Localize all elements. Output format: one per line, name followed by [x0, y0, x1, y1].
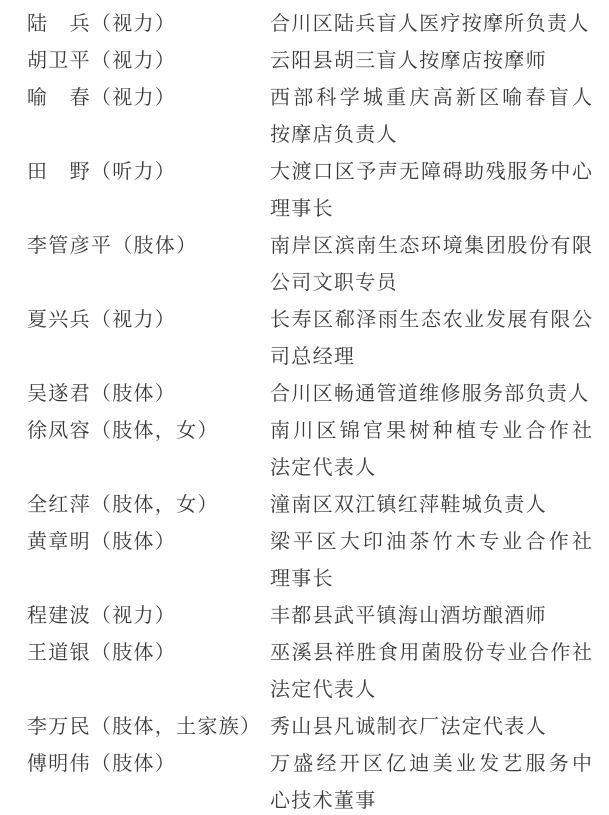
person-description: 万盛经开区亿迪美业发艺服务中心技术董事: [270, 746, 592, 815]
roster-entry: 陆 兵（视力） 合川区陆兵盲人医疗按摩所负责人: [27, 6, 609, 43]
description-line: 心技术董事: [270, 783, 592, 815]
description-line: 南岸区滨南生态环境集团股份有限: [270, 228, 592, 265]
roster-entry: 徐凤容（肢体，女） 南川区锦官果树种植专业合作社法定代表人: [27, 413, 609, 487]
description-line: 潼南区双江镇红萍鞋城负责人: [270, 487, 592, 524]
description-line: 云阳县胡三盲人按摩店按摩师: [270, 43, 592, 80]
person-description: 巫溪县祥胜食用菌股份专业合作社法定代表人: [270, 635, 592, 709]
person-description: 长寿区郗泽雨生态农业发展有限公司总经理: [270, 302, 592, 376]
person-description: 南川区锦官果树种植专业合作社法定代表人: [270, 413, 592, 487]
person-description: 梁平区大印油茶竹木专业合作社理事长: [270, 524, 592, 598]
roster-entry: 傅明伟（肢体） 万盛经开区亿迪美业发艺服务中心技术董事: [27, 746, 609, 815]
description-line: 巫溪县祥胜食用菌股份专业合作社: [270, 635, 592, 672]
person-name: 全红萍（肢体，女）: [27, 487, 270, 524]
person-name: 吴遂君（肢体）: [27, 376, 270, 413]
person-name: 喻 春（视力）: [27, 80, 270, 117]
person-description: 秀山县凡诚制衣厂法定代表人: [270, 709, 592, 746]
roster-entry: 夏兴兵（视力） 长寿区郗泽雨生态农业发展有限公司总经理: [27, 302, 609, 376]
person-description: 潼南区双江镇红萍鞋城负责人: [270, 487, 592, 524]
description-line: 合川区畅通管道维修服务部负责人: [270, 376, 592, 413]
description-line: 公司文职专员: [270, 265, 592, 302]
person-name: 程建波（视力）: [27, 598, 270, 635]
roster-entry: 李管彦平（肢体） 南岸区滨南生态环境集团股份有限公司文职专员: [27, 228, 609, 302]
person-name: 李管彦平（肢体）: [27, 228, 270, 265]
description-line: 万盛经开区亿迪美业发艺服务中: [270, 746, 592, 783]
person-name: 夏兴兵（视力）: [27, 302, 270, 339]
description-line: 丰都县武平镇海山酒坊酿酒师: [270, 598, 592, 635]
description-line: 梁平区大印油茶竹木专业合作社: [270, 524, 592, 561]
person-description: 合川区畅通管道维修服务部负责人: [270, 376, 592, 413]
description-line: 按摩店负责人: [270, 117, 592, 154]
person-description: 西部科学城重庆高新区喻春盲人按摩店负责人: [270, 80, 592, 154]
person-description: 合川区陆兵盲人医疗按摩所负责人: [270, 6, 592, 43]
description-line: 秀山县凡诚制衣厂法定代表人: [270, 709, 592, 746]
person-description: 大渡口区予声无障碍助残服务中心理事长: [270, 154, 592, 228]
roster-entry: 李万民（肢体，土家族） 秀山县凡诚制衣厂法定代表人: [27, 709, 609, 746]
description-line: 大渡口区予声无障碍助残服务中心: [270, 154, 592, 191]
person-description: 南岸区滨南生态环境集团股份有限公司文职专员: [270, 228, 592, 302]
description-line: 南川区锦官果树种植专业合作社: [270, 413, 592, 450]
roster-list: 陆 兵（视力） 合川区陆兵盲人医疗按摩所负责人 胡卫平（视力） 云阳县胡三盲人按…: [0, 0, 609, 815]
person-name: 田 野（听力）: [27, 154, 270, 191]
person-name: 李万民（肢体，土家族）: [27, 709, 270, 746]
roster-page: 陆 兵（视力） 合川区陆兵盲人医疗按摩所负责人 胡卫平（视力） 云阳县胡三盲人按…: [0, 0, 609, 815]
description-line: 司总经理: [270, 339, 592, 376]
person-name: 胡卫平（视力）: [27, 43, 270, 80]
roster-entry: 喻 春（视力） 西部科学城重庆高新区喻春盲人按摩店负责人: [27, 80, 609, 154]
roster-entry: 田 野（听力） 大渡口区予声无障碍助残服务中心理事长: [27, 154, 609, 228]
person-name: 王道银（肢体）: [27, 635, 270, 672]
description-line: 法定代表人: [270, 450, 592, 487]
roster-entry: 全红萍（肢体，女） 潼南区双江镇红萍鞋城负责人: [27, 487, 609, 524]
description-line: 法定代表人: [270, 672, 592, 709]
person-name: 黄章明（肢体）: [27, 524, 270, 561]
roster-entry: 程建波（视力） 丰都县武平镇海山酒坊酿酒师: [27, 598, 609, 635]
description-line: 理事长: [270, 191, 592, 228]
description-line: 西部科学城重庆高新区喻春盲人: [270, 80, 592, 117]
roster-entry: 王道银（肢体） 巫溪县祥胜食用菌股份专业合作社法定代表人: [27, 635, 609, 709]
person-name: 徐凤容（肢体，女）: [27, 413, 270, 450]
person-description: 云阳县胡三盲人按摩店按摩师: [270, 43, 592, 80]
description-line: 合川区陆兵盲人医疗按摩所负责人: [270, 6, 592, 43]
person-name: 陆 兵（视力）: [27, 6, 270, 43]
roster-entry: 吴遂君（肢体） 合川区畅通管道维修服务部负责人: [27, 376, 609, 413]
roster-entry: 胡卫平（视力） 云阳县胡三盲人按摩店按摩师: [27, 43, 609, 80]
person-description: 丰都县武平镇海山酒坊酿酒师: [270, 598, 592, 635]
person-name: 傅明伟（肢体）: [27, 746, 270, 783]
description-line: 理事长: [270, 561, 592, 598]
roster-entry: 黄章明（肢体） 梁平区大印油茶竹木专业合作社理事长: [27, 524, 609, 598]
description-line: 长寿区郗泽雨生态农业发展有限公: [270, 302, 592, 339]
